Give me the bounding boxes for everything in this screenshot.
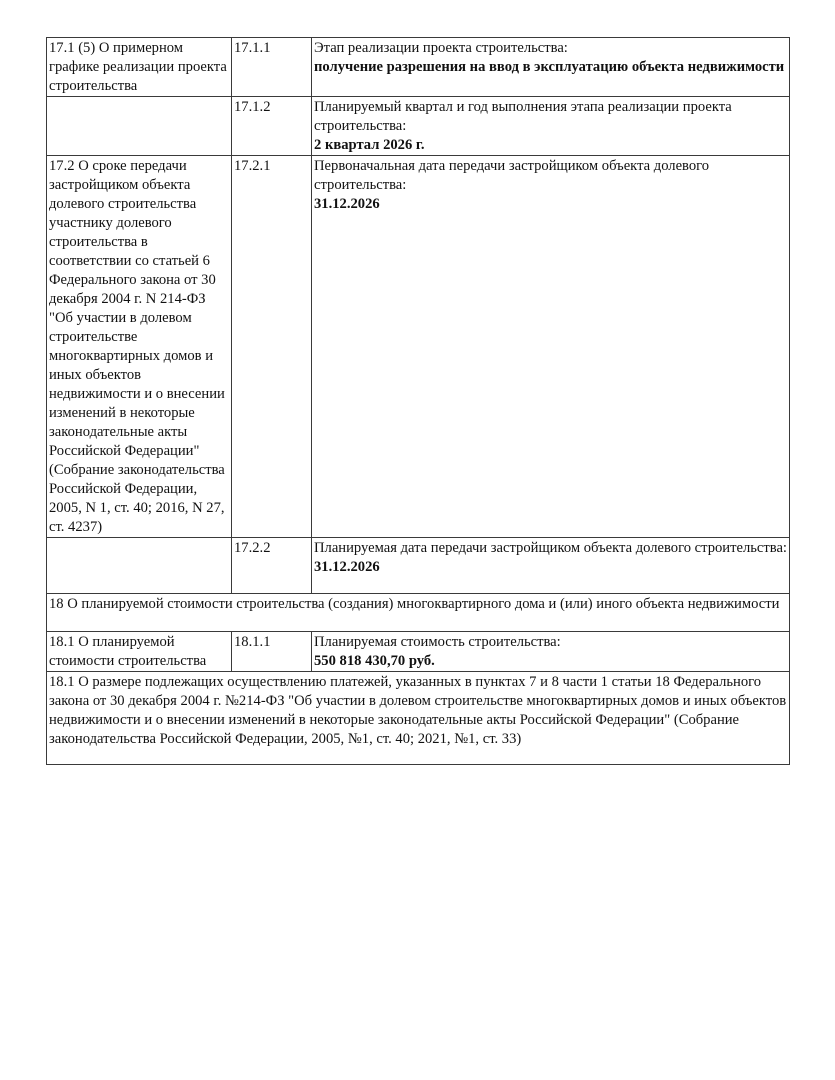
code-cell: 17.2.1 — [232, 156, 312, 538]
field-label: Этап реализации проекта строительства: — [314, 39, 787, 58]
table-row: 17.2 О сроке передачи застройщиком объек… — [47, 156, 790, 538]
field-value: 2 квартал 2026 г. — [314, 136, 787, 155]
section-heading-row: 18 О планируемой стоимости строительства… — [47, 594, 790, 632]
code-cell: 18.1.1 — [232, 632, 312, 672]
code-cell: 17.1.2 — [232, 97, 312, 156]
field-value: 550 818 430,70 руб. — [314, 652, 787, 671]
field-value: получение разрешения на ввод в эксплуата… — [314, 58, 787, 77]
section-18-heading: 18 О планируемой стоимости строительства… — [47, 594, 790, 632]
field-label: Планируемая стоимость строительства: — [314, 633, 787, 652]
section-cell: 17.2 О сроке передачи застройщиком объек… — [47, 156, 232, 538]
section-cell — [47, 97, 232, 156]
value-cell: Планируемая дата передачи застройщиком о… — [312, 538, 790, 594]
value-cell: Планируемая стоимость строительства: 550… — [312, 632, 790, 672]
field-label: Планируемый квартал и год выполнения эта… — [314, 98, 787, 136]
payments-heading: 18.1 О размере подлежащих осуществлению … — [47, 672, 790, 765]
table-row: 18.1 О планируемой стоимости строительст… — [47, 632, 790, 672]
section-cell: 17.1 (5) О примерном графике реализации … — [47, 38, 232, 97]
field-label: Первоначальная дата передачи застройщико… — [314, 157, 787, 195]
table-row: 17.1 (5) О примерном графике реализации … — [47, 38, 790, 97]
section-cell: 18.1 О планируемой стоимости строительст… — [47, 632, 232, 672]
field-label: Планируемая дата передачи застройщиком о… — [314, 539, 787, 558]
code-cell: 17.2.2 — [232, 538, 312, 594]
value-cell: Первоначальная дата передачи застройщико… — [312, 156, 790, 538]
field-value: 31.12.2026 — [314, 558, 787, 577]
table-row: 17.1.2 Планируемый квартал и год выполне… — [47, 97, 790, 156]
value-cell: Этап реализации проекта строительства: п… — [312, 38, 790, 97]
table-row: 17.2.2 Планируемая дата передачи застрой… — [47, 538, 790, 594]
project-info-table: 17.1 (5) О примерном графике реализации … — [46, 37, 790, 765]
code-cell: 17.1.1 — [232, 38, 312, 97]
field-value: 31.12.2026 — [314, 195, 787, 214]
value-cell: Планируемый квартал и год выполнения эта… — [312, 97, 790, 156]
section-cell — [47, 538, 232, 594]
section-heading-row: 18.1 О размере подлежащих осуществлению … — [47, 672, 790, 765]
